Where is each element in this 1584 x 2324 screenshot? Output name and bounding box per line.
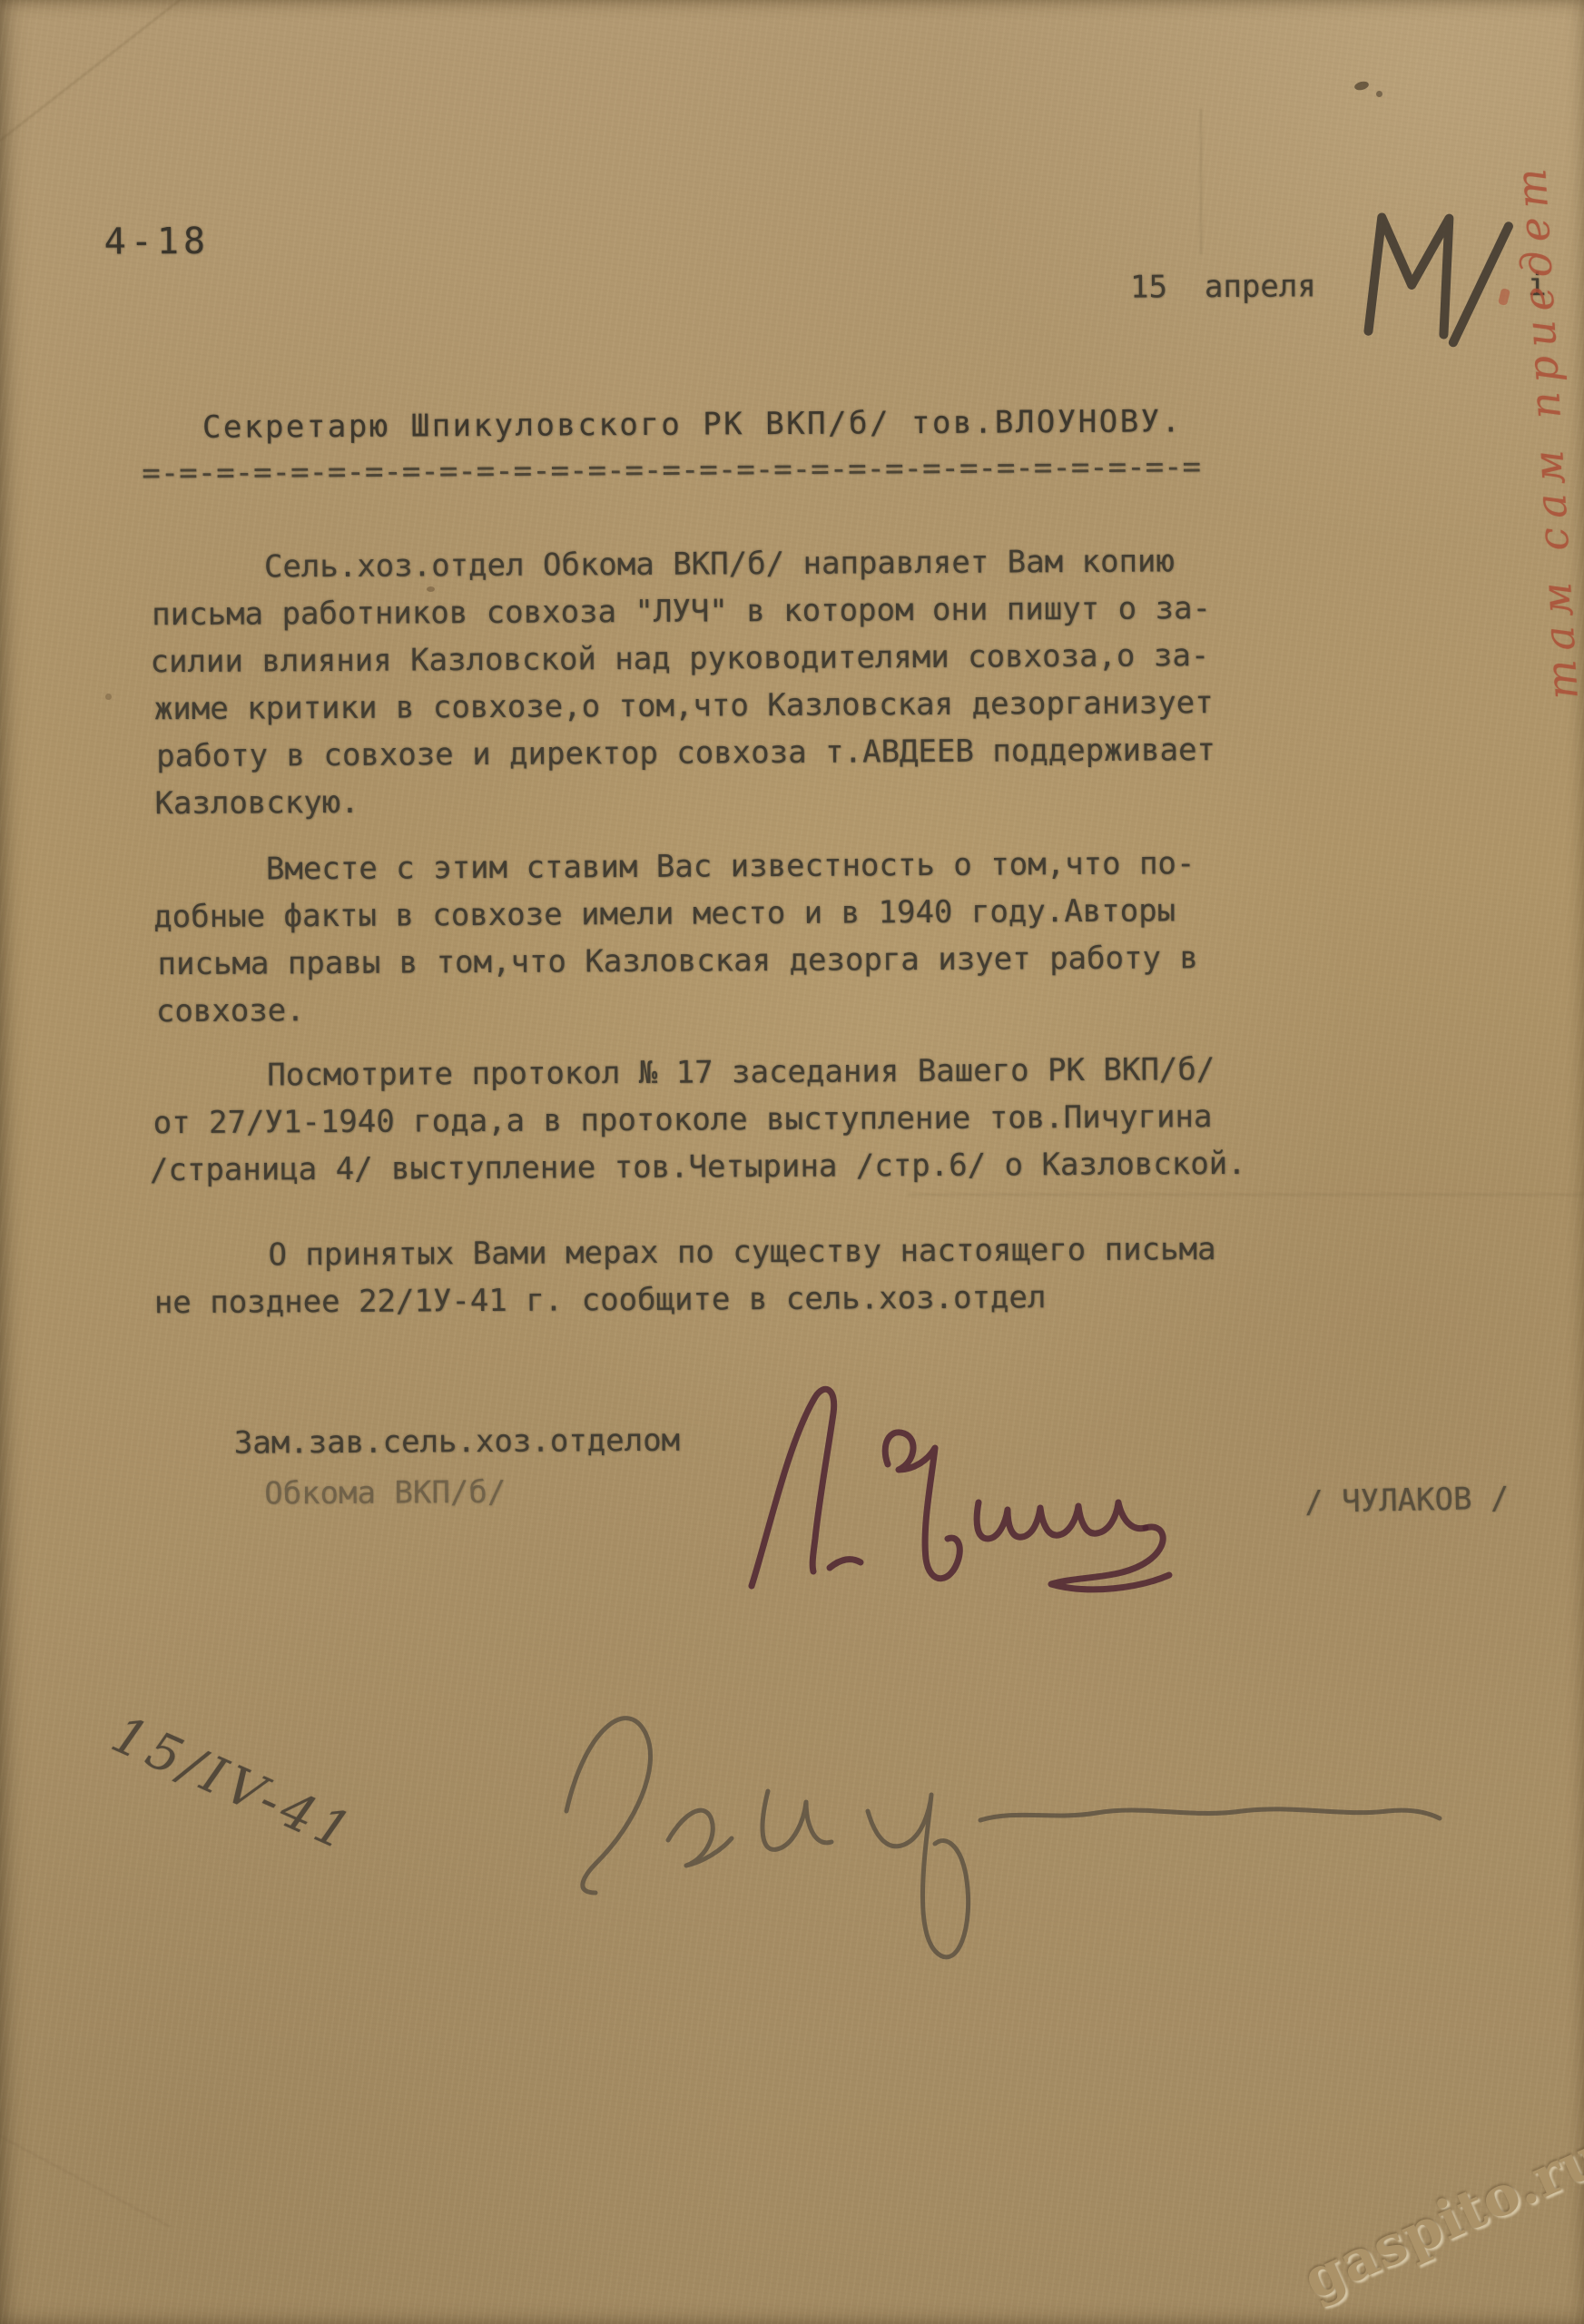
typed-line: совхозе. <box>156 992 305 1029</box>
addressee-line: Секретарю Шпикуловского РК ВКП/б/ тов.ВЛ… <box>202 403 1183 446</box>
scanned-document-page: 4-18 15 апреля i Секретарю Шпикуловского… <box>0 0 1584 2324</box>
typed-line: Сель.хоз.отдел Обкома ВКП/б/ направляет … <box>153 543 1175 586</box>
typed-line: письма правы в том,что Казловская дезорг… <box>157 940 1198 982</box>
typed-line: Вместе с этим ставим Вас известность о т… <box>155 845 1195 888</box>
signoff-position-line1: Зам.зав.сель.хоз.отделом <box>234 1423 681 1462</box>
typed-line: Казловскую. <box>154 784 359 822</box>
typewritten-layer: 4-18 15 апреля i Секретарю Шпикуловского… <box>0 0 1584 2324</box>
typed-line: жиме критики в совхозе,о том,что Казловс… <box>154 684 1214 727</box>
typed-line: Посмотрите протокол № 17 заседания Вашег… <box>156 1051 1215 1094</box>
typed-line: от 27/У1-1940 года,а в протоколе выступл… <box>153 1098 1213 1141</box>
signoff-position-line2: Обкома ВКП/б/ <box>264 1474 506 1512</box>
typed-line: силии влияния Казловской над руководител… <box>150 637 1209 680</box>
typed-line: добные факты в совхозе имели место и в 1… <box>153 892 1176 935</box>
typed-line: /страница 4/ выступление тов.Четырина /с… <box>150 1146 1246 1188</box>
typed-line: О принятых Вами мерах по существу настоя… <box>157 1231 1215 1274</box>
separator-line: =-=-=-=-=-=-=-=-=-=-=-=-=-=-=-=-=-=-=-=-… <box>142 448 1201 491</box>
typed-line: письма работников совхоза "ЛУЧ" в которо… <box>152 590 1211 633</box>
typed-line: работу в совхозе и директор совхоза т.АВ… <box>156 732 1215 774</box>
signoff-typed-name: / ЧУЛАКОВ / <box>1304 1481 1510 1521</box>
document-number: 4-18 <box>104 221 211 263</box>
typed-date: 15 апреля <box>1130 268 1316 305</box>
typed-line: не позднее 22/1У-41 г. сообщите в сель.х… <box>154 1279 1047 1321</box>
